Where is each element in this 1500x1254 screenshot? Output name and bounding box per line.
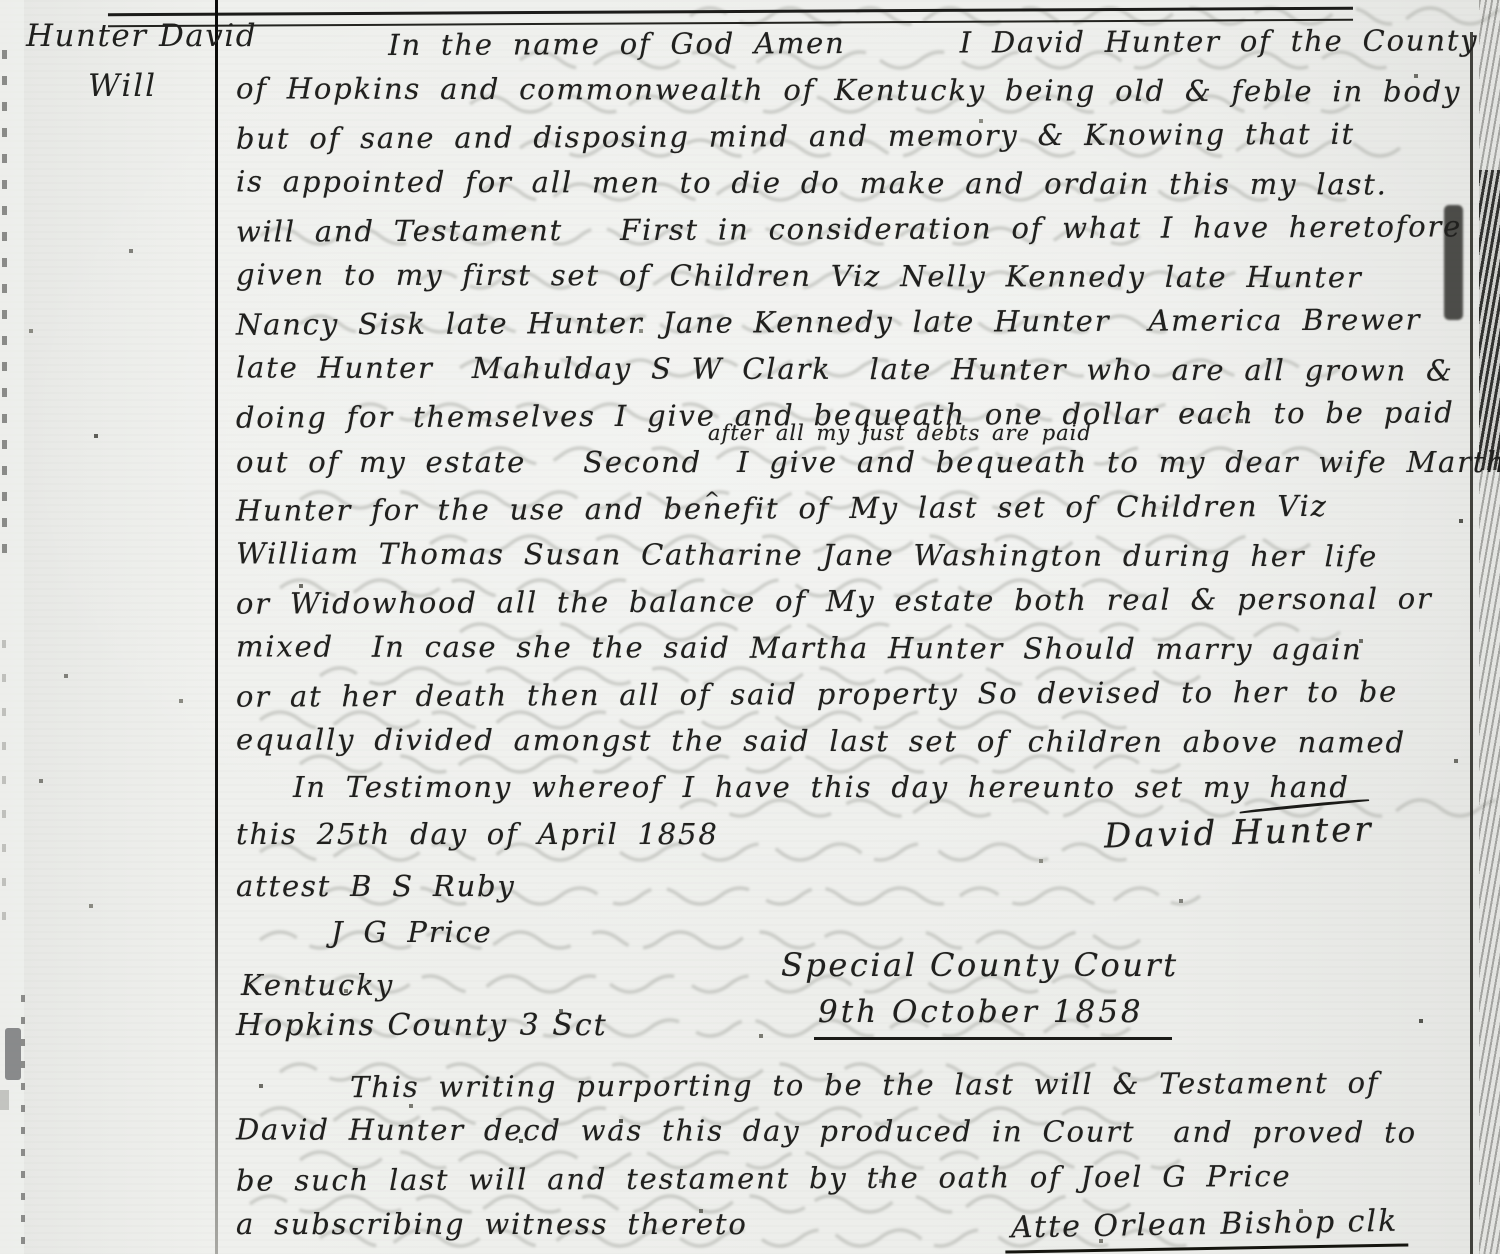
will-line: or Widowhood all the balance of My estat… — [236, 575, 1454, 627]
scan-artifact-left-dashes-lower — [2, 640, 6, 940]
scan-artifact-blot-small — [0, 1090, 9, 1110]
will-line: is appointed for all men to die do make … — [236, 158, 1454, 208]
will-text-body: In the name of God Amen I David Hunter o… — [236, 20, 1454, 1248]
will-line: mixed In case she the said Martha Hunter… — [236, 623, 1454, 673]
margin-entry-name: Hunter David — [26, 18, 257, 54]
will-lines-first: In the name of God Amen I David Hunter o… — [236, 20, 1454, 439]
scan-artifact-bottom-dashes — [21, 995, 25, 1254]
will-lines-second: Hunter for the use and benefit of My las… — [236, 485, 1454, 764]
margin-entry-type: Will — [88, 68, 257, 104]
will-line: Hunter for the use and benefit of My las… — [236, 482, 1454, 534]
court-date: 9th October 1858 — [814, 994, 1172, 1040]
scanned-will-record-page: Hunter David Will In the name of God Ame… — [0, 0, 1500, 1254]
will-line: William Thomas Susan Catharine Jane Wash… — [236, 530, 1454, 580]
attest-line: attest B S Ruby — [236, 863, 1454, 910]
right-page-rule — [1470, 32, 1473, 1254]
date-signature-row: this 25th day of April 1858 David Hunter — [236, 811, 1454, 863]
second-clause-post: I give and bequeath to my dear wife Mart… — [718, 445, 1500, 479]
scan-edge-strip-right-dark — [1479, 170, 1500, 470]
date-line: this 25th day of April 1858 — [236, 811, 719, 858]
will-line: equally divided amongst the said last se… — [236, 716, 1454, 766]
probate-line: This writing purporting to be the last w… — [236, 1059, 1454, 1111]
scan-artifact-blot — [5, 1028, 21, 1080]
closing-row: a subscribing witness thereto Atte Orlea… — [236, 1201, 1454, 1248]
margin-rule — [215, 0, 218, 1254]
closing-witness-text: a subscribing witness thereto — [236, 1201, 748, 1248]
scan-speckles — [0, 0, 2, 2]
will-line: given to my first set of Children Viz Ne… — [236, 251, 1454, 301]
will-line: will and Testament First in consideratio… — [236, 203, 1454, 255]
interlineation-text: after all my just debts are paid — [708, 421, 1308, 445]
venue-state: Kentucky — [241, 968, 394, 1002]
will-line-second-clause: out of my estate Second^after all my jus… — [236, 439, 1454, 486]
clerk-attestation: Atte Orlean Bishop clk — [1004, 1203, 1408, 1253]
probate-line: be such last will and testament by the o… — [236, 1152, 1454, 1204]
margin-annotation: Hunter David Will — [26, 18, 257, 104]
will-line: Nancy Sisk late Hunter Jane Kennedy late… — [236, 296, 1454, 348]
second-clause-pre: out of my estate Second — [236, 445, 702, 479]
will-line: of Hopkins and commonwealth of Kentucky … — [236, 65, 1454, 115]
probate-order-lines: This writing purporting to be the last w… — [236, 1062, 1454, 1202]
court-name: Special County Court — [781, 946, 1179, 984]
testator-signature: David Hunter — [1104, 809, 1375, 856]
probate-line: David Hunter decd was this day produced … — [236, 1106, 1454, 1156]
scan-artifact-left-dashes — [2, 50, 7, 570]
will-line: In the name of God Amen I David Hunter o… — [236, 17, 1454, 69]
will-line: but of sane and disposing mind and memor… — [236, 110, 1454, 162]
will-line: or at her death then all of said propert… — [236, 668, 1454, 720]
testimony-line: In Testimony whereof I have this day her… — [236, 764, 1454, 811]
venue-county: Hopkins County 3 Sct — [236, 1008, 608, 1043]
will-line: late Hunter Mahulday S W Clark late Hunt… — [236, 344, 1454, 394]
probate-venue-block: Kentucky Hopkins County 3 Sct Special Co… — [236, 956, 1454, 1062]
